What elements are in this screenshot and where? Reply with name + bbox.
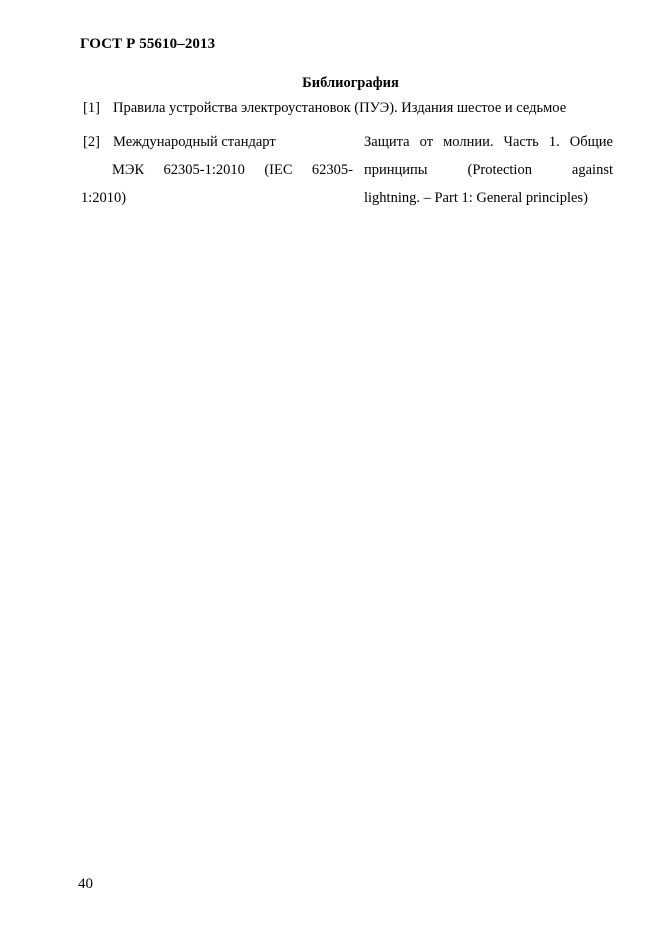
reference-item-1: [1]Правила устройства электроустановок (… xyxy=(83,100,623,117)
reference-number: [2] xyxy=(83,128,113,156)
page-number: 40 xyxy=(78,876,93,893)
reference-designation-line: МЭК 62305-1:2010 (IEC 62305- xyxy=(83,156,353,184)
reference-designation-line: 1:2010) xyxy=(81,184,353,212)
reference-item-2-title: Защита от молнии. Часть 1. Общие принцип… xyxy=(364,128,613,212)
reference-text: Правила устройства электроустановок (ПУЭ… xyxy=(113,100,566,116)
reference-title-line: Защита от молнии. Часть 1. Общие xyxy=(364,128,613,156)
reference-item-2-designation: [2]Международный стандарт МЭК 62305-1:20… xyxy=(83,128,353,212)
reference-title-line: принципы (Protection against xyxy=(364,156,613,184)
reference-title-line: lightning. – Part 1: General principles) xyxy=(364,184,613,212)
section-title: Библиография xyxy=(0,75,661,92)
reference-designation-line: Международный стандарт xyxy=(113,134,276,150)
reference-number: [1] xyxy=(83,100,113,117)
document-header: ГОСТ Р 55610–2013 xyxy=(80,36,215,53)
